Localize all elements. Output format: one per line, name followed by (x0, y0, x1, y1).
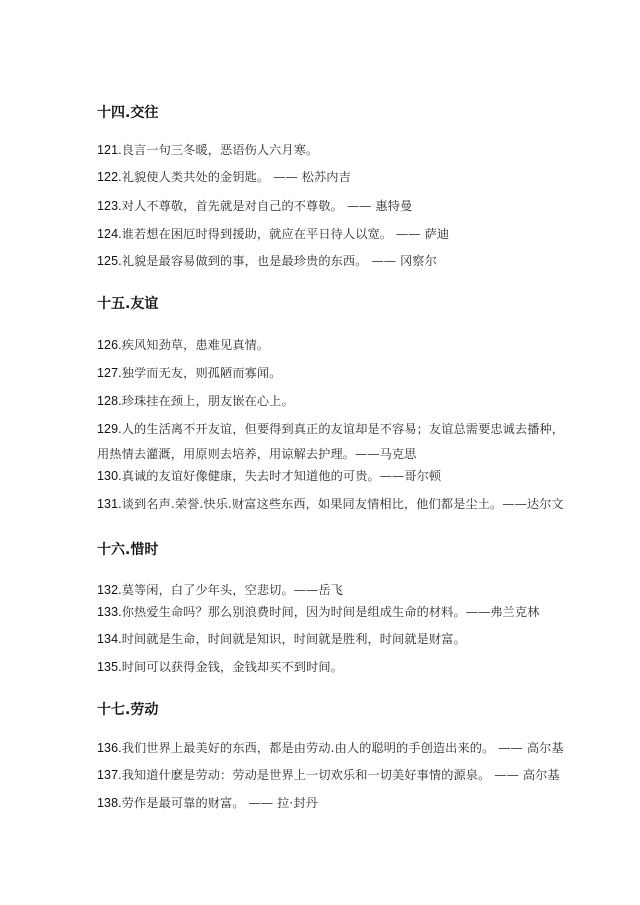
quote-number: 128. (97, 394, 122, 408)
quote-number: 123. (97, 199, 122, 213)
quote-text: 我们世界上最美好的东西，都是由劳动.由人的聪明的手创造出来的。 —— 高尔基 (122, 741, 564, 755)
quote-line: 122.礼貌使人类共处的金钥匙。 —— 松苏内吉 (97, 168, 351, 185)
quote-line: 136.我们世界上最美好的东西，都是由劳动.由人的聪明的手创造出来的。 —— 高… (97, 739, 564, 756)
quote-number: 127. (97, 366, 122, 380)
section-heading: 十七.劳动 (97, 699, 158, 719)
quote-line: 130.真诚的友谊好像健康，失去时才知道他的可贵。——哥尔顿 (97, 467, 441, 484)
quote-text: 用热情去灌溉，用原则去培养，用谅解去护理。——马克思 (97, 447, 416, 461)
quote-text: 珍珠挂在颈上，朋友嵌在心上。 (122, 394, 294, 408)
quote-line: 用热情去灌溉，用原则去培养，用谅解去护理。——马克思 (97, 445, 416, 462)
quote-text: 莫等闲，白了少年头，空悲切。——岳飞 (122, 583, 343, 597)
quote-text: 时间可以获得金钱，金钱却买不到时间。 (122, 660, 343, 674)
quote-text: 你热爱生命吗？那么别浪费时间，因为时间是组成生命的材料。——弗兰克林 (122, 605, 540, 619)
quote-number: 138. (97, 796, 122, 810)
quote-text: 谈到名声.荣誉.快乐.财富这些东西，如果同友情相比，他们都是尘土。——达尔文 (122, 497, 564, 511)
quote-text: 礼貌是最容易做到的事，也是最珍贵的东西。 —— 冈察尔 (122, 254, 437, 268)
quote-line: 131.谈到名声.荣誉.快乐.财富这些东西，如果同友情相比，他们都是尘土。——达… (97, 495, 564, 512)
quote-number: 121. (97, 143, 122, 157)
quote-line: 135.时间可以获得金钱，金钱却买不到时间。 (97, 658, 343, 675)
quote-line: 129.人的生活离不开友谊，但要得到真正的友谊却是不容易；友谊总需要忠诚去播种， (97, 420, 564, 437)
quote-number: 129. (97, 422, 122, 436)
quote-number: 130. (97, 469, 122, 483)
quote-text: 劳作是最可靠的财富。 —— 拉·封丹 (122, 796, 318, 810)
quote-number: 135. (97, 660, 122, 674)
quote-number: 122. (97, 170, 122, 184)
quote-number: 133. (97, 605, 122, 619)
quote-line: 132.莫等闲，白了少年头，空悲切。——岳飞 (97, 581, 343, 598)
quote-text: 疾风知劲草，患难见真情。 (122, 338, 269, 352)
quote-text: 谁若想在困厄时得到援助，就应在平日待人以宽。 —— 萨迪 (122, 227, 449, 241)
quote-line: 121.良言一句三冬暖，恶语伤人六月寒。 (97, 141, 318, 158)
quote-number: 137. (97, 768, 122, 782)
quote-text: 独学而无友，则孤陋而寡闻。 (122, 366, 282, 380)
quote-number: 132. (97, 583, 122, 597)
quote-line: 124.谁若想在困厄时得到援助，就应在平日待人以宽。 —— 萨迪 (97, 225, 449, 242)
quote-text: 对人不尊敬，首先就是对自己的不尊敬。 —— 惠特曼 (122, 199, 413, 213)
quote-line: 134.时间就是生命，时间就是知识，时间就是胜利，时间就是财富。 (97, 630, 466, 647)
quote-number: 124. (97, 227, 122, 241)
quote-text: 人的生活离不开友谊，但要得到真正的友谊却是不容易；友谊总需要忠诚去播种， (122, 422, 564, 436)
quote-text: 时间就是生命，时间就是知识，时间就是胜利，时间就是财富。 (122, 632, 466, 646)
quote-line: 125.礼貌是最容易做到的事，也是最珍贵的东西。 —— 冈察尔 (97, 252, 437, 269)
quote-line: 138.劳作是最可靠的财富。 —— 拉·封丹 (97, 794, 318, 811)
section-heading: 十五.友谊 (97, 293, 158, 313)
quote-line: 123.对人不尊敬，首先就是对自己的不尊敬。 —— 惠特曼 (97, 197, 412, 214)
quote-text: 良言一句三冬暖，恶语伤人六月寒。 (122, 143, 319, 157)
quote-text: 我知道什麽是劳动：劳动是世界上一切欢乐和一切美好事情的源泉。 —— 高尔基 (122, 768, 560, 782)
quote-line: 133.你热爱生命吗？那么别浪费时间，因为时间是组成生命的材料。——弗兰克林 (97, 603, 540, 620)
quote-number: 126. (97, 338, 122, 352)
quote-line: 127.独学而无友，则孤陋而寡闻。 (97, 364, 281, 381)
quote-line: 126.疾风知劲草，患难见真情。 (97, 336, 269, 353)
quote-text: 真诚的友谊好像健康，失去时才知道他的可贵。——哥尔顿 (122, 469, 441, 483)
quote-number: 131. (97, 497, 122, 511)
section-heading: 十六.惜时 (97, 539, 158, 559)
quote-number: 136. (97, 741, 122, 755)
quote-line: 137.我知道什麽是劳动：劳动是世界上一切欢乐和一切美好事情的源泉。 —— 高尔… (97, 766, 560, 783)
quote-number: 134. (97, 632, 122, 646)
quote-text: 礼貌使人类共处的金钥匙。 —— 松苏内吉 (122, 170, 351, 184)
quote-number: 125. (97, 254, 122, 268)
section-heading: 十四.交往 (97, 102, 158, 122)
quote-line: 128.珍珠挂在颈上，朋友嵌在心上。 (97, 392, 294, 409)
